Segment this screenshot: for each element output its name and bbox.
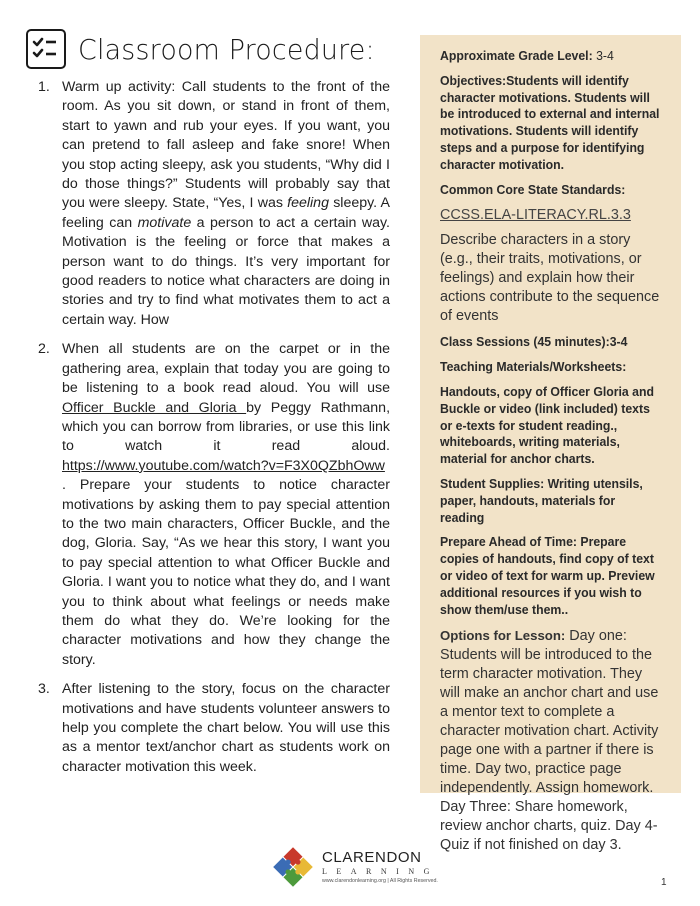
class-sessions: Class Sessions (45 minutes):3-4	[440, 334, 660, 351]
lesson-info-sidebar: Approximate Grade Level: 3-4 Objectives:…	[420, 35, 681, 793]
prepare-ahead: Prepare Ahead of Time: Prepare copies of…	[440, 534, 660, 618]
step-text: Warm up activity: Call students to the f…	[62, 78, 390, 330]
standard-description: Describe characters in a story (e.g., th…	[440, 231, 661, 326]
step-number: 2.	[38, 340, 62, 670]
procedure-step-1: 1. Warm up activity: Call students to th…	[38, 78, 390, 330]
procedure-step-3: 3. After listening to the story, focus o…	[38, 680, 390, 777]
step-number: 3.	[38, 680, 62, 777]
lesson-options-label: Options for Lesson:	[440, 628, 565, 643]
puzzle-logo-icon	[268, 842, 318, 892]
student-supplies: Student Supplies: Writing utensils, pape…	[440, 476, 660, 526]
objectives: Objectives:Students will identify charac…	[440, 73, 660, 174]
grade-level: Approximate Grade Level: 3-4	[440, 48, 660, 65]
page-header: Classroom Procedure:	[26, 26, 387, 72]
clarendon-logo: CLARENDON LEARNING www.clarendonlearning…	[268, 842, 439, 892]
procedure-list: 1. Warm up activity: Call students to th…	[38, 78, 390, 787]
materials-list: Handouts, copy of Officer Gloria and Buc…	[440, 384, 660, 468]
brand-name: CLARENDON	[322, 850, 439, 866]
book-title-link[interactable]: Officer Buckle and Gloria	[62, 400, 246, 416]
lesson-options: Options for Lesson: Day one: Students wi…	[440, 626, 661, 855]
page-number: 1	[661, 877, 667, 888]
procedure-step-2: 2. When all students are on the carpet o…	[38, 340, 390, 670]
emphasis-motivate: motivate	[138, 215, 192, 231]
step-number: 1.	[38, 78, 62, 330]
materials-heading: Teaching Materials/Worksheets:	[440, 359, 660, 376]
step-text: After listening to the story, focus on t…	[62, 680, 390, 777]
brand-subtitle: LEARNING	[322, 866, 439, 877]
lesson-options-text: Day one: Students will be introduced to …	[440, 628, 658, 853]
youtube-video-link[interactable]: https://www.youtube.com/watch?v=F3X0QZbh…	[62, 458, 385, 474]
step-text: When all students are on the carpet or i…	[62, 340, 390, 670]
standards-heading: Common Core State Standards:	[440, 182, 660, 199]
emphasis-feeling: feeling	[287, 195, 329, 211]
grade-level-value: 3-4	[593, 48, 614, 63]
checklist-icon	[26, 29, 66, 69]
footer-url: www.clarendonlearning.org | All Rights R…	[322, 877, 439, 885]
ccss-standard-link[interactable]: CCSS.ELA-LITERACY.RL.3.3	[440, 206, 661, 225]
page-title: Classroom Procedure:	[78, 33, 375, 66]
